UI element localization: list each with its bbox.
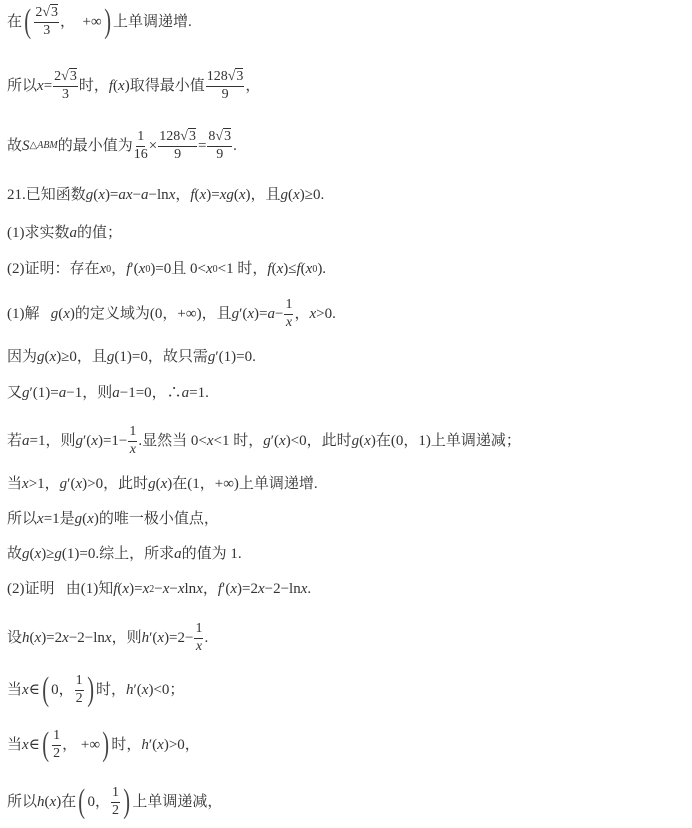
line-12: 所以 x=1 是 g(x)的唯一极小值点， <box>7 512 219 527</box>
fraction: 128√39 <box>206 70 245 102</box>
fraction: 12 <box>52 729 61 761</box>
text: <1 时， <box>214 434 264 449</box>
problem-21-statement: 21.已知函数 g(x)=ax−a−ln x，f(x)=xg(x)，且 g(x)… <box>7 188 324 203</box>
fraction: 128√39 <box>158 130 197 162</box>
text: ，则 <box>82 386 112 401</box>
text: 21.已知函数 <box>7 188 86 203</box>
text: 显然当 0< <box>142 434 207 449</box>
line-13: 故 g(x)≥g(1)=0.综上，所求 a 的值为 1. <box>7 547 242 562</box>
fraction: 2√33 <box>53 70 78 102</box>
text: ，此时 <box>307 434 352 449</box>
part-1-question: (1)求实数 a 的值； <box>7 226 122 241</box>
fraction: 1x <box>128 425 137 457</box>
text: 上单调递减， <box>132 795 222 810</box>
text: ，且 <box>251 188 281 203</box>
text: ，故只需 <box>148 350 208 365</box>
fraction: 1x <box>284 298 293 330</box>
text: 当 <box>7 683 22 698</box>
fraction: 12 <box>75 674 84 706</box>
text: 故 <box>7 139 22 154</box>
line-3: 故 S△ABM的最小值为116×128√39=8√39. <box>7 130 237 162</box>
text: <1 时， <box>218 262 268 277</box>
fraction: 12 <box>111 786 120 818</box>
line-9: 又 g′(1)=a−1，则 a−1=0，∴a=1. <box>7 386 209 401</box>
text: 是 <box>60 512 75 527</box>
text: 当 <box>7 477 22 492</box>
line-17: 当 x∈(12， +∞)时，h′(x)>0， <box>7 728 200 762</box>
line-10: 若 a=1，则 g′(x)=1−1x.显然当 0<x<1 时，g′(x)<0，此… <box>7 425 521 457</box>
text: 的唯一极小值点， <box>99 512 219 527</box>
text: 在 <box>7 15 22 30</box>
fraction: 116 <box>134 130 148 162</box>
text: ，则 <box>112 631 142 646</box>
text: 的值； <box>77 226 122 241</box>
text: 当 <box>7 738 22 753</box>
solution-1-start: (1)解 g(x)的定义域为(0，+∞)，且 g′(x)=a−1x，x>0. <box>7 298 336 330</box>
text: 且 0< <box>171 262 206 277</box>
text: 的值为 1. <box>182 547 242 562</box>
line-15: 设 h(x)=2x−2−ln x，则 h′(x)=2−1x. <box>7 622 208 654</box>
line-18: 所以 h(x)在(0，12)上单调递减， <box>7 785 222 819</box>
text: 取得最小值 <box>130 79 205 94</box>
text: (2)证明：存在 <box>7 262 100 277</box>
text: 所以 <box>7 79 37 94</box>
text: 时， <box>79 79 109 94</box>
text: 上单调递减； <box>431 434 521 449</box>
line-11: 当 x>1，g′(x)>0，此时 g(x)在(1，+∞)上单调递增. <box>7 477 318 492</box>
text: 的最小值为 <box>58 139 133 154</box>
text: (1)求实数 <box>7 226 70 241</box>
fraction: 8√39 <box>207 130 232 162</box>
part-2-question: (2)证明：存在 x0，f′(x0)=0 且 0<x0<1 时，f(x)≤f(x… <box>7 262 326 277</box>
fraction: 1x <box>194 622 203 654</box>
line-1: 在( 2√33， +∞)上单调递增. <box>7 5 192 39</box>
text: 设 <box>7 631 22 646</box>
text: 又 <box>7 386 22 401</box>
text: 的定义域为(0，+∞)，且 <box>75 307 232 322</box>
text: 由(1)知 <box>66 582 114 597</box>
text: 时， <box>96 683 126 698</box>
text: ，此时 <box>103 477 148 492</box>
text: 上单调递增. <box>239 477 318 492</box>
solution-2-start: (2)证明 由(1)知 f(x)=x2−x−xln x，f′(x)=2x−2−l… <box>7 582 311 597</box>
text: 所以 <box>7 795 37 810</box>
fraction-2sqrt3-over-3: 2√33 <box>34 6 59 38</box>
text: 上单调递增. <box>113 15 192 30</box>
line-8: 因为 g(x)≥0，且 g(1)=0，故只需 g′(1)=0. <box>7 350 256 365</box>
text: ，则 <box>45 434 75 449</box>
line-2: 所以 x=2√33时，f(x)取得最小值128√39， <box>7 70 260 102</box>
text: 所以 <box>7 512 37 527</box>
text: 综上，所求 <box>99 547 174 562</box>
text: 若 <box>7 434 22 449</box>
text: 故 <box>7 547 22 562</box>
line-16: 当 x∈(0，12)时，h′(x)<0； <box>7 673 184 707</box>
text: (2)证明 <box>7 582 55 597</box>
text: 因为 <box>7 350 37 365</box>
text: 时， <box>111 738 141 753</box>
text: (1)解 <box>7 307 40 322</box>
